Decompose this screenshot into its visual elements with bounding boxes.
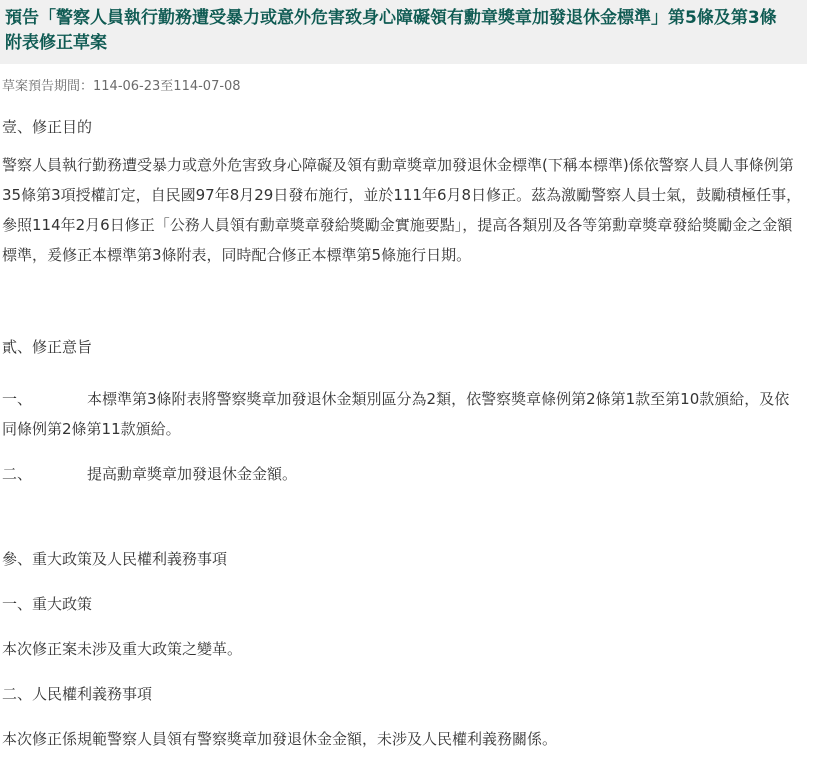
draft-announcement-page: 預告「警察人員執行勤務遭受暴力或意外危害致身心障礙領有勳章獎章加發退休金標準」第… bbox=[0, 0, 833, 776]
page-title: 預告「警察人員執行勤務遭受暴力或意外危害致身心障礙領有勳章獎章加發退休金標準」第… bbox=[5, 6, 793, 56]
section-purpose-body: 警察人員執行勤務遭受暴力或意外危害致身心障礙及領有勳章獎章加發退休金標準(下稱本… bbox=[0, 150, 802, 270]
draft-period-line: 草案預告期間：114-06-23至114-07-08 bbox=[2, 78, 833, 96]
intent-item-1-number: 一、 bbox=[2, 384, 87, 414]
intent-item-1: 一、本標準第3條附表將警察獎章加發退休金類別區分為2類，依警察獎章條例第2條第1… bbox=[0, 384, 802, 444]
page-title-block: 預告「警察人員執行勤務遭受暴力或意外危害致身心障礙領有勳章獎章加發退休金標準」第… bbox=[0, 0, 807, 64]
policy-sub1-body: 本次修正案未涉及重大政策之變革。 bbox=[0, 634, 802, 664]
section-purpose-heading: 壹、修正目的 bbox=[0, 112, 833, 142]
section-policy-heading: 參、重大政策及人民權利義務事項 bbox=[0, 544, 833, 574]
intent-item-2: 二、提高勳章獎章加發退休金金額。 bbox=[0, 459, 802, 489]
section-policy: 參、重大政策及人民權利義務事項 一、重大政策 本次修正案未涉及重大政策之變革。 … bbox=[0, 544, 833, 754]
policy-sub2-body: 本次修正係規範警察人員領有警察獎章加發退休金金額，未涉及人民權利義務關係。 bbox=[0, 724, 802, 754]
section-intent: 貳、修正意旨 一、本標準第3條附表將警察獎章加發退休金類別區分為2類，依警察獎章… bbox=[0, 332, 833, 489]
intent-item-1-text: 本標準第3條附表將警察獎章加發退休金類別區分為2類，依警察獎章條例第2條第1款至… bbox=[2, 390, 789, 438]
policy-sub2-title: 二、人民權利義務事項 bbox=[0, 679, 802, 709]
intent-item-2-number: 二、 bbox=[2, 459, 87, 489]
draft-period-label: 草案預告期間： bbox=[2, 79, 93, 94]
section-purpose: 壹、修正目的 警察人員執行勤務遭受暴力或意外危害致身心障礙及領有勳章獎章加發退休… bbox=[0, 112, 833, 270]
draft-period-value: 114-06-23至114-07-08 bbox=[93, 79, 241, 94]
section-intent-heading: 貳、修正意旨 bbox=[0, 332, 833, 362]
intent-item-2-text: 提高勳章獎章加發退休金金額。 bbox=[87, 465, 297, 483]
policy-sub1-title: 一、重大政策 bbox=[0, 589, 802, 619]
